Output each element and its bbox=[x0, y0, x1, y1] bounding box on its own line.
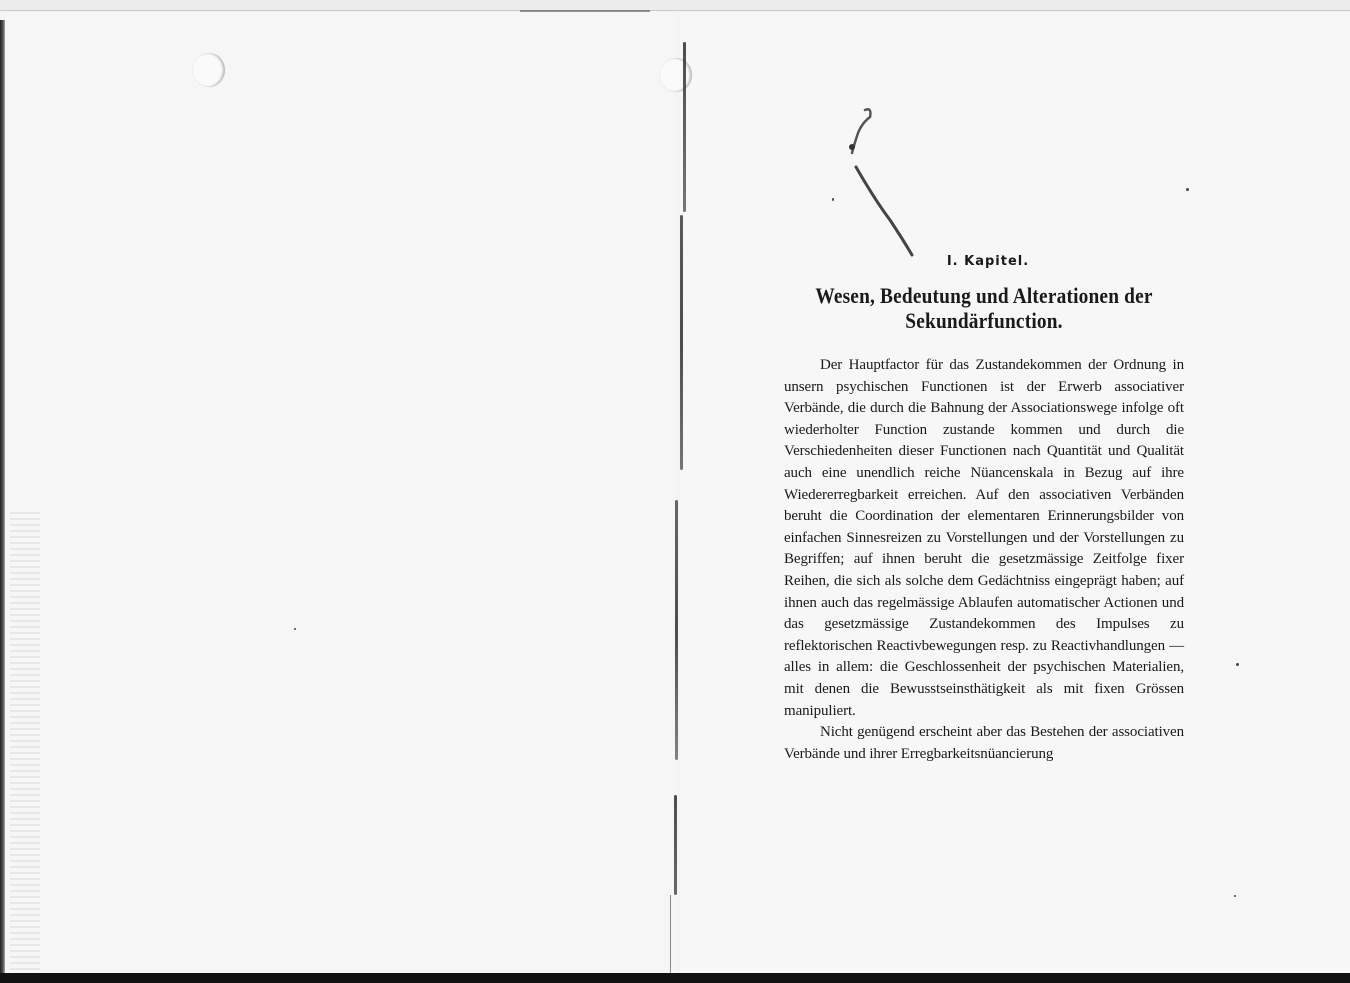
scanned-book-spread: I. Kapitel. Wesen, Bedeutung und Alterat… bbox=[0, 0, 1350, 983]
scan-speck bbox=[294, 628, 296, 630]
binding-spine bbox=[670, 895, 671, 975]
binding-spine bbox=[680, 215, 683, 470]
punch-hole bbox=[660, 58, 692, 92]
scan-speck bbox=[1234, 895, 1236, 897]
scan-bottom-edge bbox=[0, 973, 1350, 983]
binding-spine bbox=[675, 500, 678, 760]
chapter-label: I. Kapitel. bbox=[784, 254, 1184, 269]
chapter-title: Wesen, Bedeutung und Alterationen der Se… bbox=[808, 283, 1160, 333]
scan-speck bbox=[1186, 188, 1189, 191]
pen-mark-icon bbox=[840, 105, 920, 265]
binding-spine bbox=[683, 42, 686, 212]
punch-hole bbox=[193, 53, 225, 87]
scan-top-edge bbox=[0, 0, 1350, 11]
binding-spine bbox=[674, 795, 677, 895]
body-paragraph: Nicht genügend erscheint aber das Besteh… bbox=[784, 722, 1184, 765]
left-page-blank bbox=[5, 12, 675, 973]
scan-left-edge bbox=[0, 20, 5, 980]
page-content: I. Kapitel. Wesen, Bedeutung und Alterat… bbox=[784, 254, 1184, 765]
scan-speck bbox=[1236, 663, 1239, 666]
body-paragraph: Der Hauptfactor für das Zustandekommen d… bbox=[784, 355, 1184, 722]
scan-noise bbox=[10, 512, 40, 982]
scan-speck bbox=[832, 198, 834, 201]
